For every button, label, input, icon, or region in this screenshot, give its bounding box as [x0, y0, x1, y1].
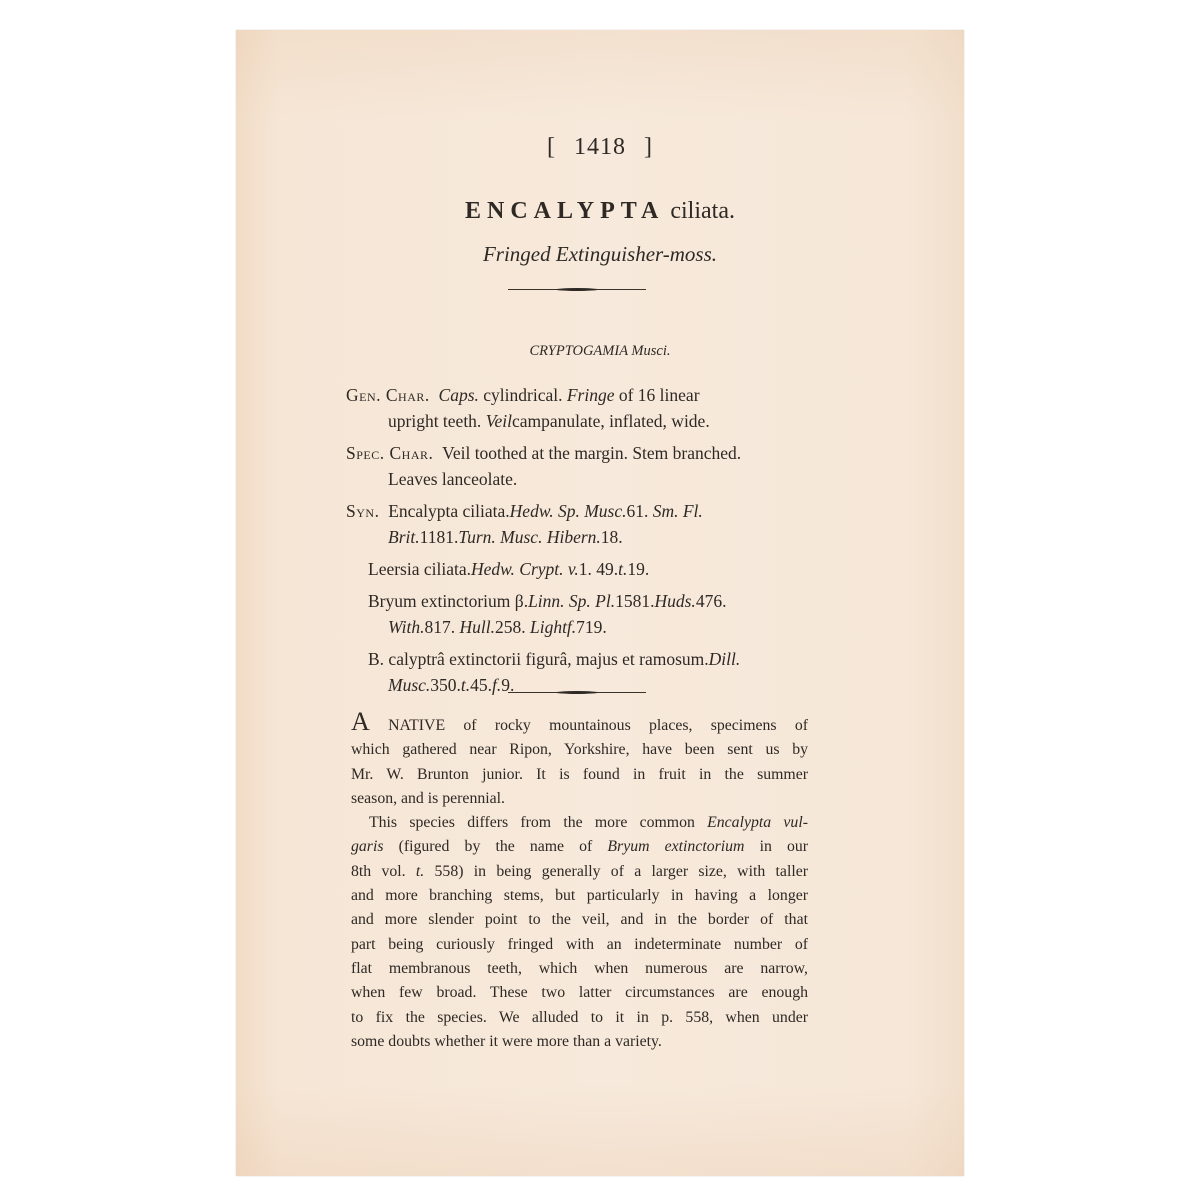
text-italic: Turn. Musc. Hibern. [458, 524, 600, 550]
text: upright teeth. [388, 408, 481, 434]
text: 1581. [615, 588, 654, 614]
text: Leersia ciliata. [368, 556, 471, 582]
ornamental-rule-top [508, 288, 646, 292]
title-species: ciliata. [670, 198, 735, 224]
text: 1181. [420, 524, 459, 550]
text-italic: Caps. [439, 385, 479, 405]
text: 1. 49. [579, 556, 618, 582]
text: 19. [627, 556, 649, 582]
para2-line: garis (figured by the name of Bryum exti… [351, 835, 808, 859]
para2-line: when few broad. These two latter circums… [351, 981, 808, 1005]
text-italic: With. [388, 614, 424, 640]
text: 476. [696, 588, 727, 614]
common-name: Fringed Extinguisher-moss. [236, 242, 964, 267]
text-italic: Veil [486, 408, 512, 434]
page-title: ENCALYPTA ciliata. [236, 198, 964, 225]
text-italic: Sm. Fl. [653, 498, 703, 524]
drop-cap: A [351, 707, 370, 736]
text-italic: garis [351, 838, 383, 855]
syn-label: Syn. [346, 498, 379, 524]
text: Encalypta ciliata. [388, 498, 509, 524]
para2-line: to fix the species. We alluded to it in … [351, 1006, 808, 1030]
para2-line: This species differs from the more commo… [351, 811, 808, 835]
gen-char-label: Gen. Char. [346, 385, 430, 405]
text: B. calyptrâ extinctorii figurâ, majus et… [368, 646, 709, 672]
text: Veil toothed at the margin. Stem branche… [442, 440, 741, 466]
para2-line: some doubts whether it were more than a … [351, 1030, 808, 1054]
document-page: [1418] ENCALYPTA ciliata. Fringed Exting… [236, 30, 964, 1176]
page-number: [1418] [236, 134, 964, 161]
text-lead: NATIVE [370, 717, 445, 734]
text: 61. [626, 498, 648, 524]
text: This species differs from the more commo… [369, 814, 707, 831]
text: cylindrical. [479, 385, 567, 405]
page-number-value: 1418 [574, 134, 626, 160]
text: Leaves lanceolate. [388, 466, 517, 492]
para1-line: which gathered near Ripon, Yorkshire, ha… [351, 738, 808, 762]
text: of 16 linear [614, 385, 699, 405]
text: 558) in being generally of a larger size… [424, 863, 808, 880]
description: A NATIVE of rocky mountainous places, sp… [351, 710, 808, 1054]
text-italic: Fringe [567, 385, 615, 405]
text: Bryum extinctorium β. [368, 588, 528, 614]
spec-char-label: Spec. Char. [346, 440, 433, 466]
text-italic: Musc. [388, 672, 430, 698]
text-italic: Hedw. Crypt. v. [471, 556, 579, 582]
text-italic: Hull. [459, 614, 495, 640]
text: of rocky mountainous places, specimens o… [445, 717, 808, 734]
text: in our [744, 838, 808, 855]
text-italic: t. [618, 556, 627, 582]
classification: CRYPTOGAMIA Musci. [236, 343, 964, 360]
text-italic: Dill. [709, 646, 741, 672]
text: campanulate, inflated, wide. [512, 408, 710, 434]
para2-line: and more branching stems, but particular… [351, 884, 808, 908]
text: 18. [601, 524, 623, 550]
text: 350. [430, 672, 461, 698]
para2-line: flat membranous teeth, which when numero… [351, 957, 808, 981]
text-italic: Lightf. [530, 614, 576, 640]
text-italic: Huds. [654, 588, 695, 614]
para1-line: season, and is perennial. [351, 787, 808, 811]
para1-line: Mr. W. Brunton junior. It is found in fr… [351, 763, 808, 787]
bracket-left: [ [547, 134, 556, 160]
generic-character: Gen. Char. Caps. cylindrical. Fringe of … [346, 382, 808, 434]
title-genus: ENCALYPTA [465, 198, 664, 224]
para1-line: A NATIVE of rocky mountainous places, sp… [351, 710, 808, 738]
text: 8th vol. [351, 863, 416, 880]
text: 817. [424, 614, 455, 640]
text-italic: Linn. Sp. Pl. [528, 588, 615, 614]
ornamental-rule-bottom [508, 691, 646, 695]
bracket-right: ] [644, 134, 653, 160]
text-italic: t. [461, 672, 470, 698]
text: 45. [470, 672, 492, 698]
text-italic: t. [416, 863, 424, 880]
synonymy: Syn. Encalypta ciliata. Hedw. Sp. Musc. … [346, 498, 808, 698]
para2-line: part being curiously fringed with an ind… [351, 933, 808, 957]
para2-line: and more slender point to the veil, and … [351, 908, 808, 932]
text-italic: Bryum extinctorium [607, 838, 744, 855]
para2-line: 8th vol. t. 558) in being generally of a… [351, 860, 808, 884]
text: (figured by the name of [383, 838, 607, 855]
text: 719. [576, 614, 607, 640]
specific-character: Spec. Char. Veil toothed at the margin. … [346, 440, 808, 492]
text-italic: Brit. [388, 524, 420, 550]
text-italic: Hedw. Sp. Musc. [510, 498, 627, 524]
text-italic: Encalypta vul- [707, 814, 808, 831]
text: 258. [495, 614, 526, 640]
text-italic: f. [492, 672, 501, 698]
